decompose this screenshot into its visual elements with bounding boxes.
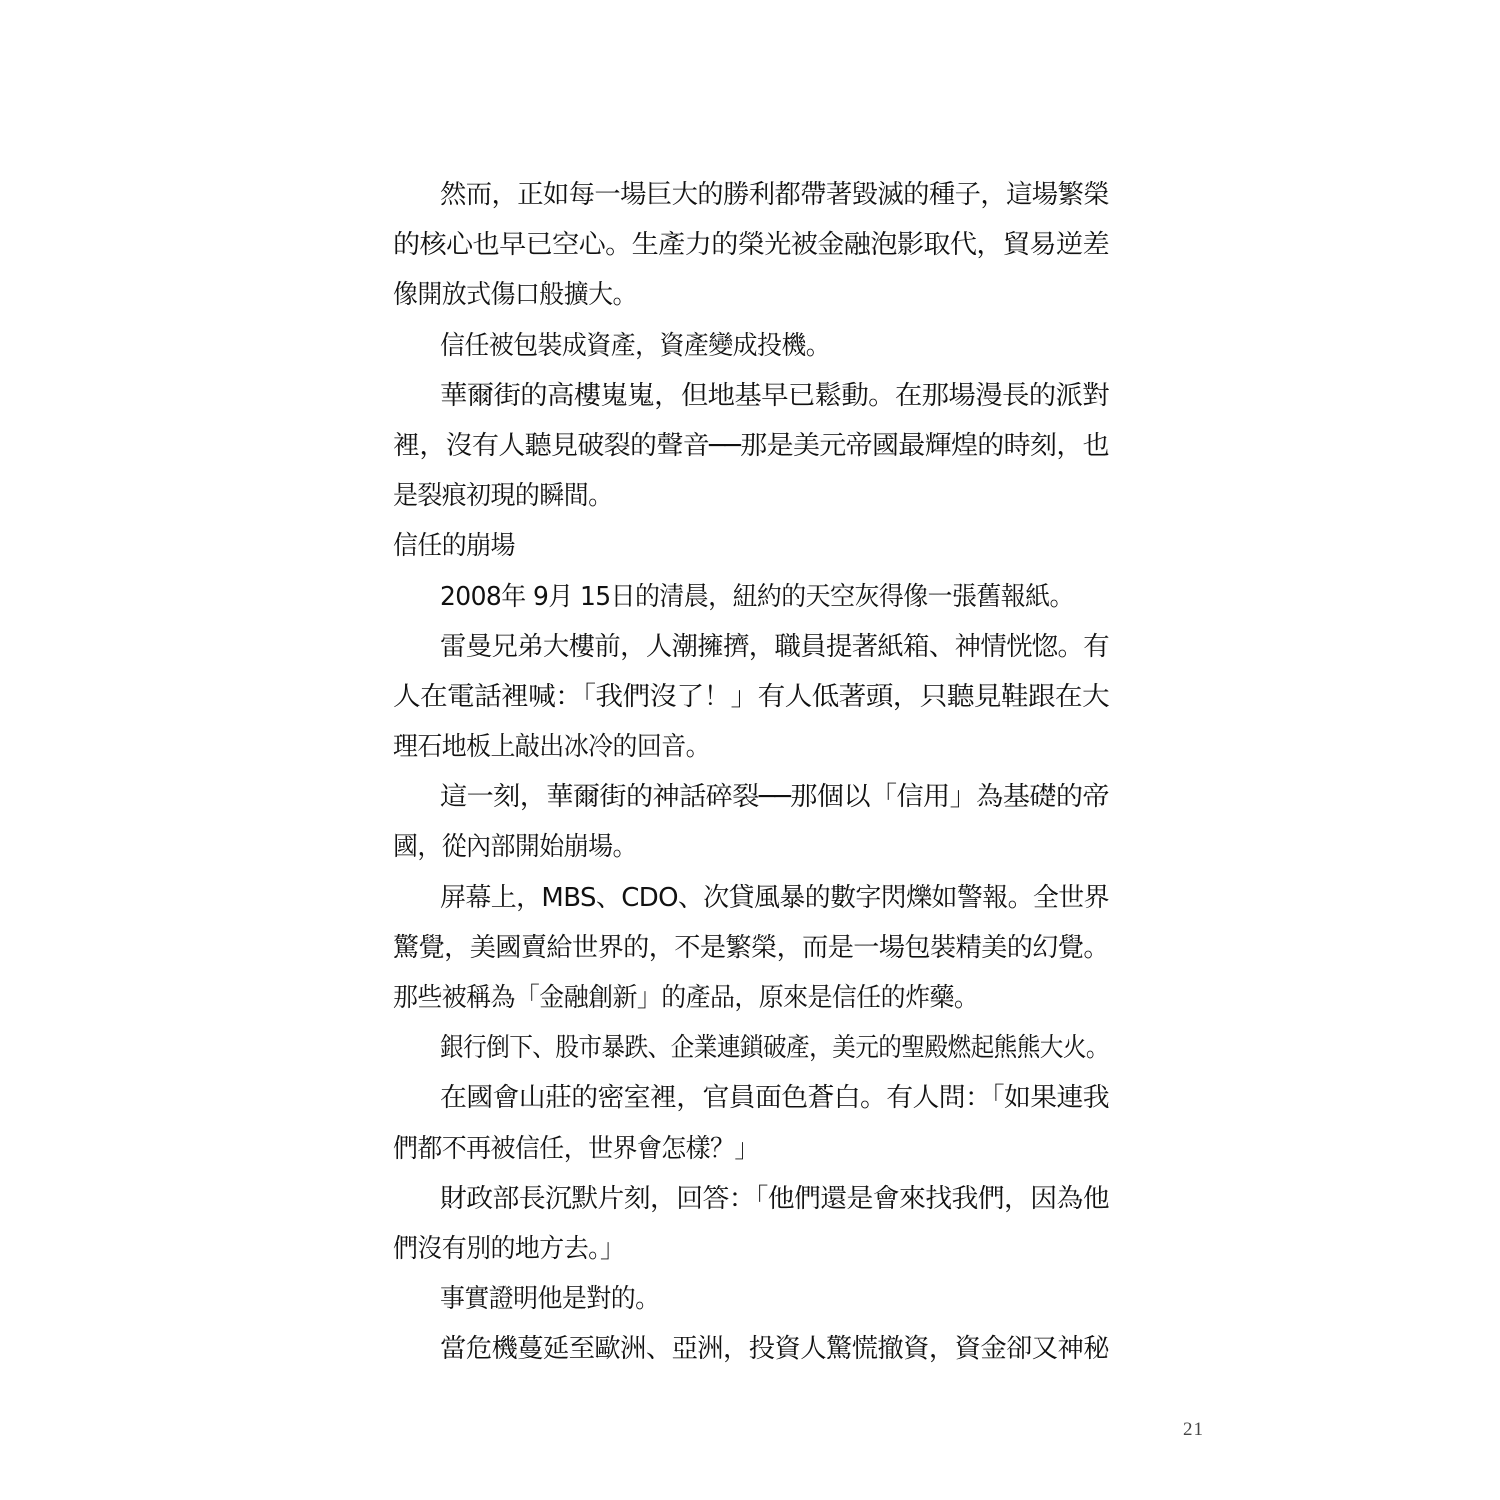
paragraph-line: 屏幕上，MBS、CDO、次貸風暴的數字閃爍如警報。全世界 bbox=[393, 873, 1109, 923]
page-number: 21 bbox=[1183, 1419, 1204, 1441]
paragraph-line: 那些被稱為「金融創新」的產品，原來是信任的炸藥。 bbox=[393, 973, 1109, 1023]
paragraph-line: 們沒有別的地方去。」 bbox=[393, 1224, 1109, 1274]
paragraph-line: 華爾街的高樓嵬嵬，但地基早已鬆動。在那場漫長的派對 bbox=[393, 371, 1109, 421]
paragraph-line: 事實證明他是對的。 bbox=[393, 1274, 1109, 1324]
paragraph-line: 驚覺，美國賣給世界的，不是繁榮，而是一場包裝精美的幻覺。 bbox=[393, 923, 1109, 973]
paragraph-line: 國，從內部開始崩場。 bbox=[393, 822, 1109, 872]
paragraph-line: 們都不再被信任，世界會怎樣？」 bbox=[393, 1124, 1109, 1174]
book-page: 然而，正如每一場巨大的勝利都帶著毀滅的種子，這場繁榮 的核心也早已空心。生產力的… bbox=[0, 0, 1500, 1500]
paragraph-line: 這一刻，華爾街的神話碎裂──那個以「信用」為基礎的帝 bbox=[393, 772, 1109, 822]
body-text: 然而，正如每一場巨大的勝利都帶著毀滅的種子，這場繁榮 的核心也早已空心。生產力的… bbox=[393, 170, 1109, 1375]
paragraph-line: 信任被包裝成資產，資產變成投機。 bbox=[393, 321, 1109, 371]
paragraph-line: 財政部長沉默片刻，回答：「他們還是會來找我們，因為他 bbox=[393, 1174, 1109, 1224]
section-heading: 信任的崩場 bbox=[393, 521, 1109, 571]
paragraph-line: 然而，正如每一場巨大的勝利都帶著毀滅的種子，這場繁榮 bbox=[393, 170, 1109, 220]
paragraph-line: 是裂痕初現的瞬間。 bbox=[393, 471, 1109, 521]
paragraph-line: 像開放式傷口般擴大。 bbox=[393, 270, 1109, 320]
paragraph-line: 理石地板上敲出冰冷的回音。 bbox=[393, 722, 1109, 772]
paragraph-line: 在國會山莊的密室裡，官員面色蒼白。有人問：「如果連我 bbox=[393, 1073, 1109, 1123]
paragraph-line: 裡，沒有人聽見破裂的聲音──那是美元帝國最輝煌的時刻，也 bbox=[393, 421, 1109, 471]
paragraph-line: 雷曼兄弟大樓前，人潮擁擠，職員提著紙箱、神情恍惚。有 bbox=[393, 622, 1109, 672]
paragraph-line: 人在電話裡喊：「我們沒了！」有人低著頭，只聽見鞋跟在大 bbox=[393, 672, 1109, 722]
paragraph-line: 當危機蔓延至歐洲、亞洲，投資人驚慌撤資，資金卻又神秘 bbox=[393, 1324, 1109, 1374]
paragraph-line: 的核心也早已空心。生產力的榮光被金融泡影取代，貿易逆差 bbox=[393, 220, 1109, 270]
paragraph-line: 銀行倒下、股市暴跌、企業連鎖破產，美元的聖殿燃起熊熊大火。 bbox=[393, 1023, 1109, 1073]
paragraph-line: 2008年 9月 15日的清晨，紐約的天空灰得像一張舊報紙。 bbox=[393, 572, 1109, 622]
